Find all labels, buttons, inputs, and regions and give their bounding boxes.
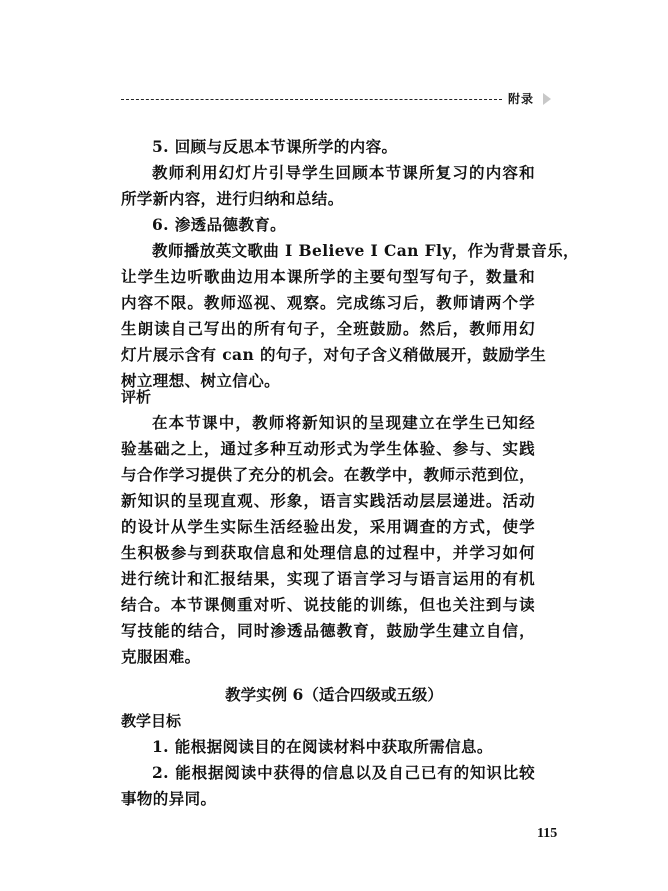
paragraph-line: 生积极参与到获取信息和处理信息的过程中，并学习如何 bbox=[121, 543, 535, 563]
paragraph-line: 与合作学习提供了充分的机会。在教学中，教师示范到位， bbox=[121, 465, 535, 485]
paragraph-line: 在本节课中，教师将新知识的呈现建立在学生已知经 bbox=[152, 413, 535, 433]
paragraph-line: 灯片展示含有 can 的句子，对句子含义稍做展开，鼓励学生 bbox=[121, 345, 535, 365]
header-section-label: 附录 bbox=[508, 91, 534, 107]
paragraph-line: 写技能的结合，同时渗透品德教育，鼓励学生建立自信， bbox=[121, 621, 535, 641]
item6-title: 6. 渗透品德教育。 bbox=[152, 215, 535, 235]
paragraph-line: 教师播放英文歌曲 I Believe I Can Fly，作为背景音乐， bbox=[152, 241, 535, 261]
paragraph-line: 结合。本节课侧重对听、说技能的训练，但也关注到与读 bbox=[121, 595, 535, 615]
objective-item: 1. 能根据阅读目的在阅读材料中获取所需信息。 bbox=[152, 737, 535, 757]
paragraph-line: 让学生边听歌曲边用本课所学的主要句型写句子，数量和 bbox=[121, 267, 535, 287]
paragraph-line: 进行统计和汇报结果，实现了语言学习与语言运用的有机 bbox=[121, 569, 535, 589]
paragraph-line: 生朗读自己写出的所有句子，全班鼓励。然后，教师用幻 bbox=[121, 319, 535, 339]
paragraph-line: 克服困难。 bbox=[121, 647, 535, 667]
paragraph-line: 新知识的呈现直观、形象，语言实践活动层层递进。活动 bbox=[121, 491, 535, 511]
page-number: 115 bbox=[537, 826, 557, 842]
triangle-right-icon bbox=[543, 93, 551, 105]
paragraph-line: 的设计从学生实际生活经验出发，采用调查的方式，使学 bbox=[121, 517, 535, 537]
objectives-heading: 教学目标 bbox=[121, 711, 181, 731]
item5-title: 5. 回顾与反思本节课所学的内容。 bbox=[152, 137, 535, 157]
paragraph-line: 验基础之上，通过多种互动形式为学生体验、参与、实践 bbox=[121, 439, 535, 459]
paragraph-line: 所学新内容，进行归纳和总结。 bbox=[121, 189, 535, 209]
example-title: 教学实例 6（适合四级或五级） bbox=[0, 685, 668, 705]
paragraph-line: 树立理想、树立信心。 bbox=[121, 371, 535, 391]
analysis-heading: 评析 bbox=[121, 387, 151, 407]
paragraph-line: 内容不限。教师巡视、观察。完成练习后，教师请两个学 bbox=[121, 293, 535, 313]
objective-item: 2. 能根据阅读中获得的信息以及自己已有的知识比较 bbox=[152, 763, 535, 783]
header-dotted-rule bbox=[121, 99, 502, 100]
paragraph-line: 教师利用幻灯片引导学生回顾本节课所复习的内容和 bbox=[152, 163, 535, 183]
paragraph-line: 事物的异同。 bbox=[121, 789, 535, 809]
